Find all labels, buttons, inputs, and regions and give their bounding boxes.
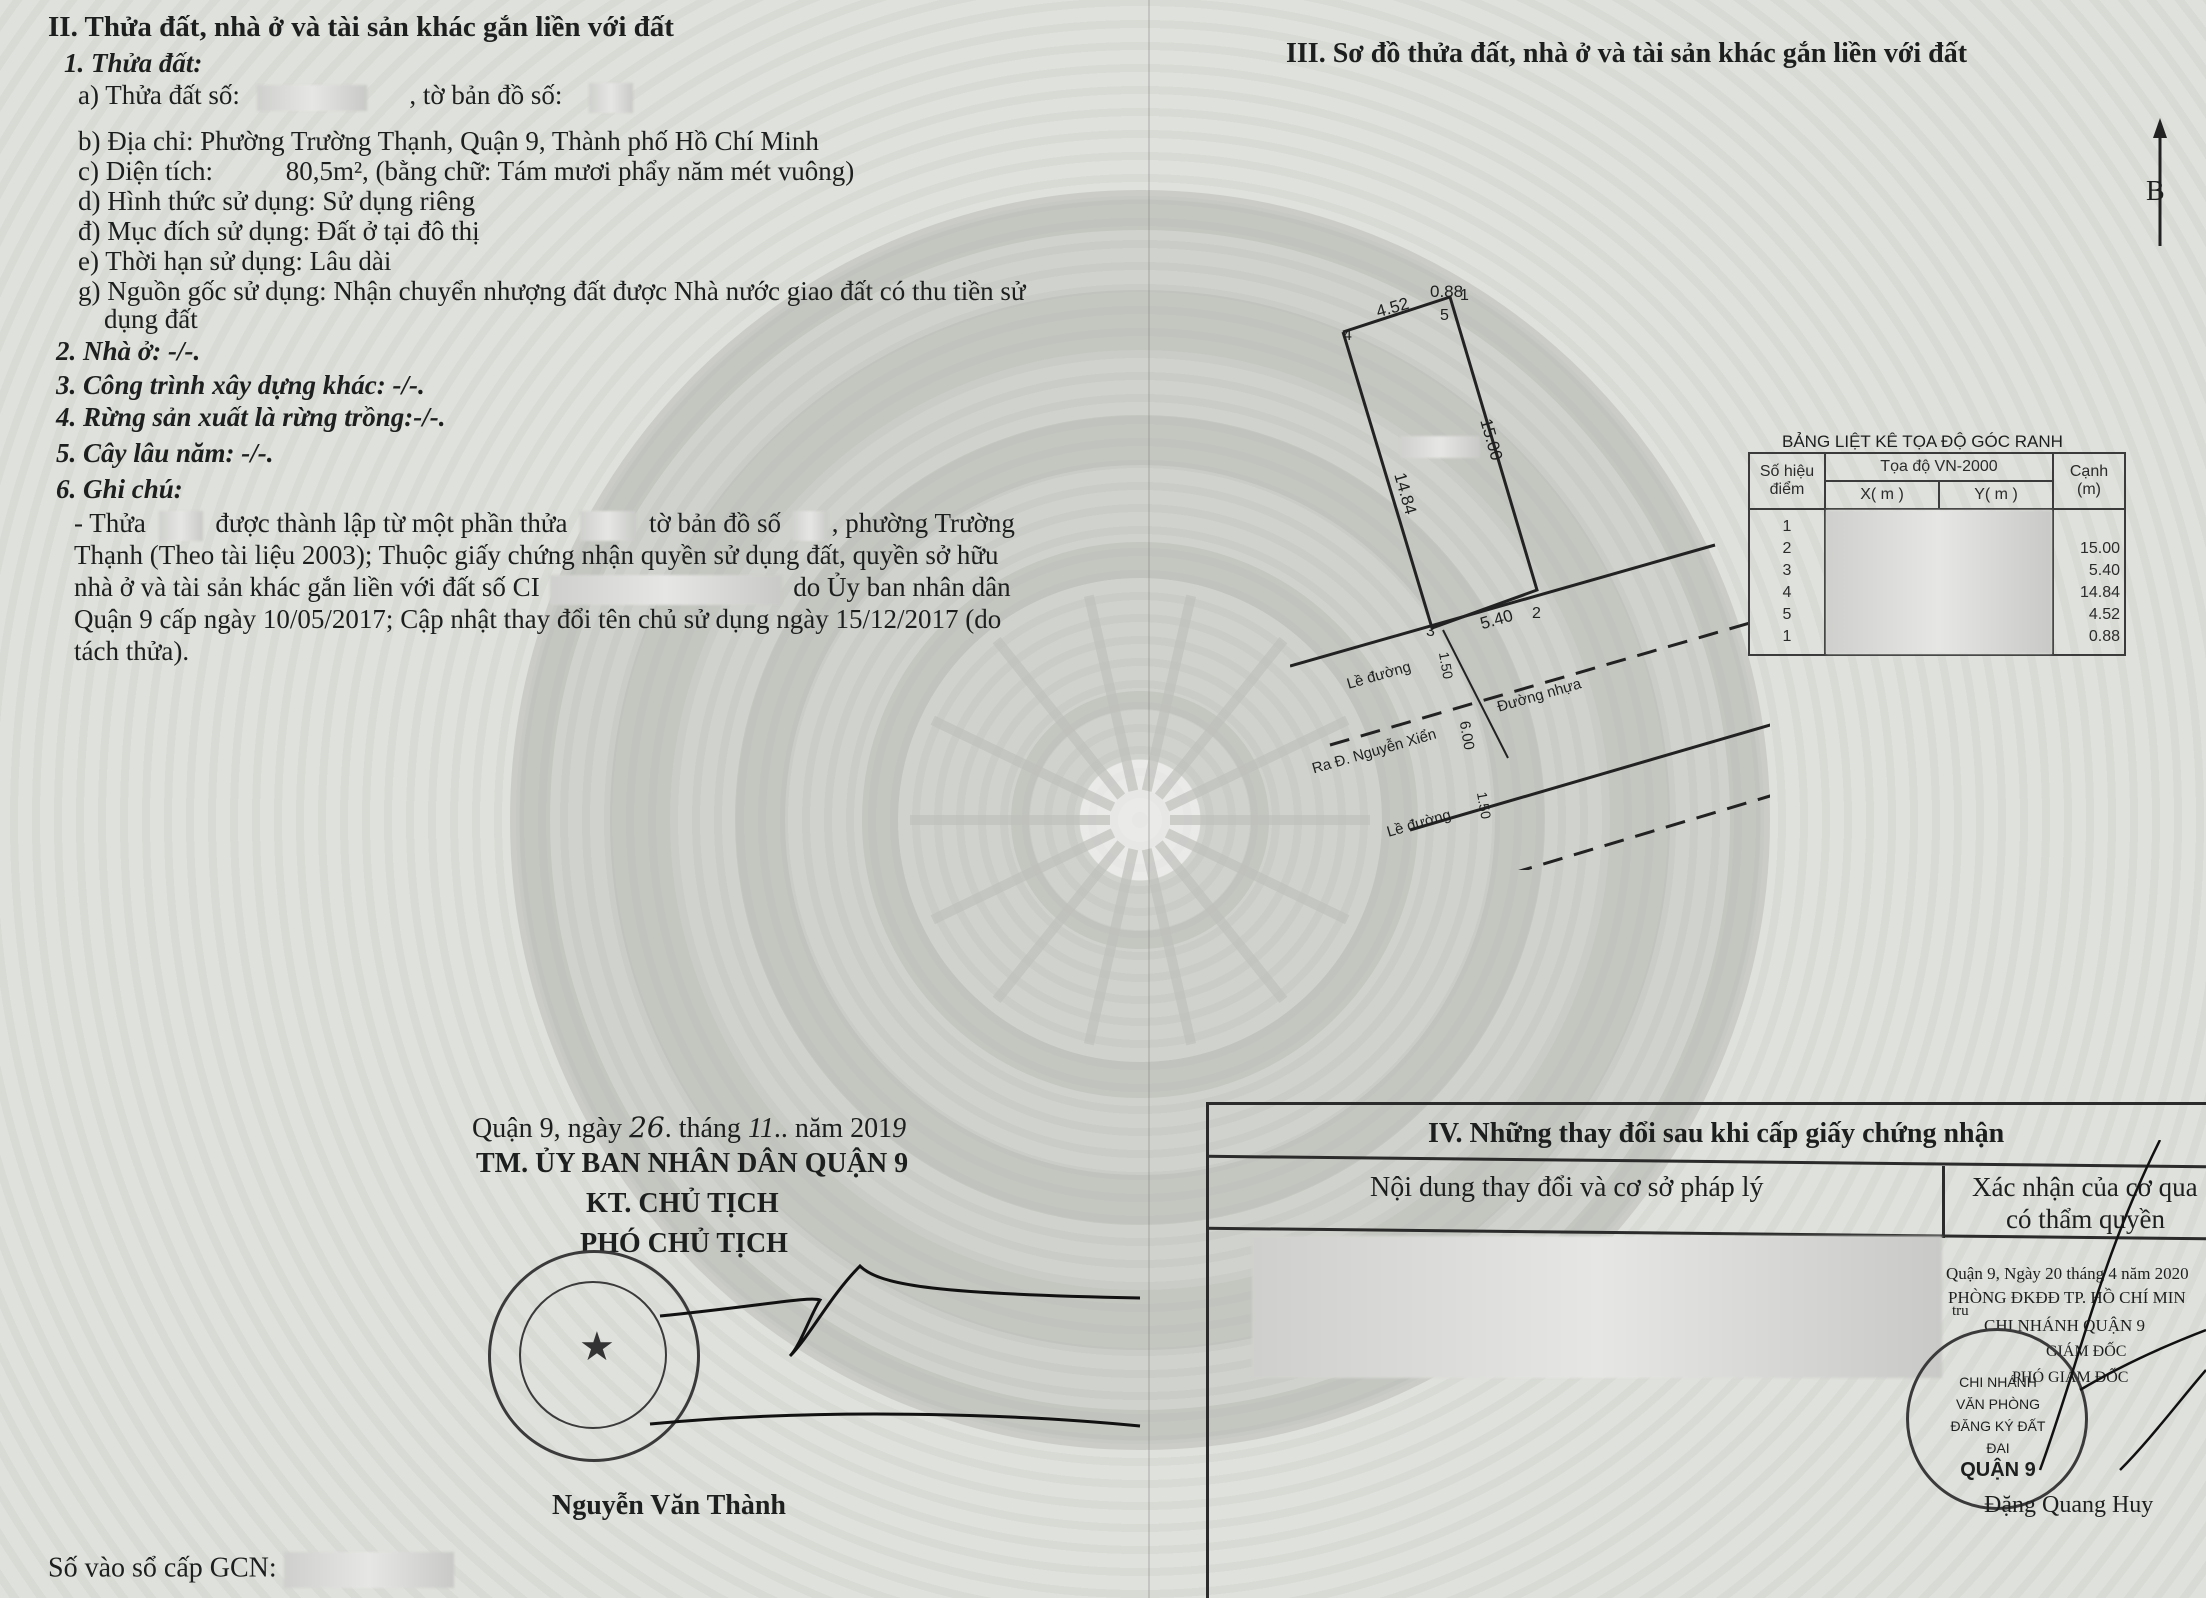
issuing-authority: TM. ỦY BAN NHÂN DÂN QUẬN 9 xyxy=(476,1148,908,1179)
land-heading: 1. Thửa đất: xyxy=(64,48,202,79)
signer-name: Nguyễn Văn Thành xyxy=(552,1490,786,1521)
header-y: Y( m ) xyxy=(1939,481,2053,509)
section2-title: II. Thửa đất, nhà ở và tài sản khác gắn … xyxy=(48,12,674,43)
redacted-map xyxy=(792,511,828,541)
usage-purpose: đ) Mục đích sử dụng: Đất ở tại đô thị xyxy=(78,216,480,247)
redacted-parcel-number xyxy=(257,85,367,111)
header-x: X( m ) xyxy=(1825,481,1939,509)
road-width: 6.00 xyxy=(1449,718,1485,752)
house: 2. Nhà ở: -/-. xyxy=(56,336,200,367)
redacted-certificate-number xyxy=(550,575,782,605)
confirm-signer: Đặng Quang Huy xyxy=(1984,1490,2153,1521)
parcel-diagram xyxy=(1290,270,1770,870)
notes-line-3: nhà ở và tài sản khác gắn liền với đất s… xyxy=(74,572,1011,605)
sidewalk-bottom-width: 1.50 xyxy=(1466,789,1501,821)
area-label: c) Diện tích: xyxy=(78,156,213,186)
forest: 4. Rừng sản xuất là rừng trồng:-/-. xyxy=(56,402,445,433)
address: b) Địa chỉ: Phường Trường Thạnh, Quận 9,… xyxy=(78,126,819,157)
issue-day: 26 xyxy=(629,1111,665,1144)
issue-date: Quận 9, ngày 26. tháng 11.. năm 2019 xyxy=(472,1112,906,1144)
other-construction: 3. Công trình xây dựng khác: -/-. xyxy=(56,370,425,401)
star-icon: ★ xyxy=(579,1323,615,1370)
header-edge: Cạnh (m) xyxy=(2053,453,2125,509)
confirm-tru: tru xyxy=(1952,1296,1969,1327)
section4-title: IV. Những thay đổi sau khi cấp giấy chứn… xyxy=(1428,1118,2004,1149)
point-5: 5 xyxy=(1440,300,1449,331)
section3-title: III. Sơ đồ thửa đất, nhà ở và tài sản kh… xyxy=(1286,38,1967,69)
redacted-parcel xyxy=(159,511,203,541)
point-3: 3 xyxy=(1426,616,1435,647)
edge-column: 15.00 5.40 14.84 4.52 0.88 xyxy=(2053,509,2125,655)
coord-table: Số hiệu điểm Tọa độ VN-2000 Cạnh (m) X( … xyxy=(1748,452,2126,656)
redacted-parent-parcel xyxy=(580,511,636,541)
sidewalk-top-width: 1.50 xyxy=(1428,649,1463,681)
notes-line-5: tách thửa). xyxy=(74,636,189,667)
parcel-number-row: a) Thửa đất số: , tờ bản đồ số: xyxy=(78,80,633,113)
header-coords: Tọa độ VN-2000 xyxy=(1825,453,2053,481)
confirm-signature-stroke xyxy=(1980,1140,2206,1500)
redacted-parcel-id xyxy=(1400,436,1480,458)
notes-line-4: Quận 9 cấp ngày 10/05/2017; Cập nhật tha… xyxy=(74,604,1001,635)
usage-origin-cont: dụng đất xyxy=(104,304,198,335)
point-4: 4 xyxy=(1343,320,1352,351)
parcel-number-label: a) Thửa đất số: xyxy=(78,80,240,110)
north-label: B xyxy=(2146,176,2165,207)
column-change-content: Nội dung thay đổi và cơ sở pháp lý xyxy=(1370,1172,1764,1203)
redacted-registry-number xyxy=(284,1552,454,1588)
point-column: 1 2 3 4 5 1 xyxy=(1749,509,1825,655)
point-2: 2 xyxy=(1532,598,1541,629)
registry-label: Số vào sổ cấp GCN: xyxy=(48,1552,454,1588)
header-point: Số hiệu điểm xyxy=(1749,453,1825,509)
redacted-map-sheet xyxy=(589,83,633,113)
notes-heading: 6. Ghi chú: xyxy=(56,474,183,505)
notes-line-1: - Thửa được thành lập từ một phần thửa t… xyxy=(74,508,1015,541)
usage-term: e) Thời hạn sử dụng: Lâu dài xyxy=(78,246,391,277)
signer-role-1: KT. CHỦ TỊCH xyxy=(586,1188,779,1219)
point-1: 1 xyxy=(1460,280,1469,311)
perennial-trees: 5. Cây lâu năm: -/-. xyxy=(56,438,274,469)
map-sheet-label: , tờ bản đồ số: xyxy=(409,80,562,110)
signature-stroke xyxy=(640,1256,1160,1436)
notes-line-2: Thạnh (Theo tài liệu 2003); Thuộc giấy c… xyxy=(74,540,999,571)
usage-origin: g) Nguồn gốc sử dụng: Nhận chuyển nhượng… xyxy=(78,276,1026,307)
redacted-coordinates xyxy=(1825,509,2053,655)
issue-month: 11 xyxy=(748,1113,774,1144)
area-value: 80,5m², (bằng chữ: Tám mươi phẩy năm mét… xyxy=(286,156,855,186)
redacted-change-content xyxy=(1252,1236,1942,1378)
area-row: c) Diện tích: 80,5m², (bằng chữ: Tám mươ… xyxy=(78,156,854,187)
usage-form: d) Hình thức sử dụng: Sử dụng riêng xyxy=(78,186,475,217)
